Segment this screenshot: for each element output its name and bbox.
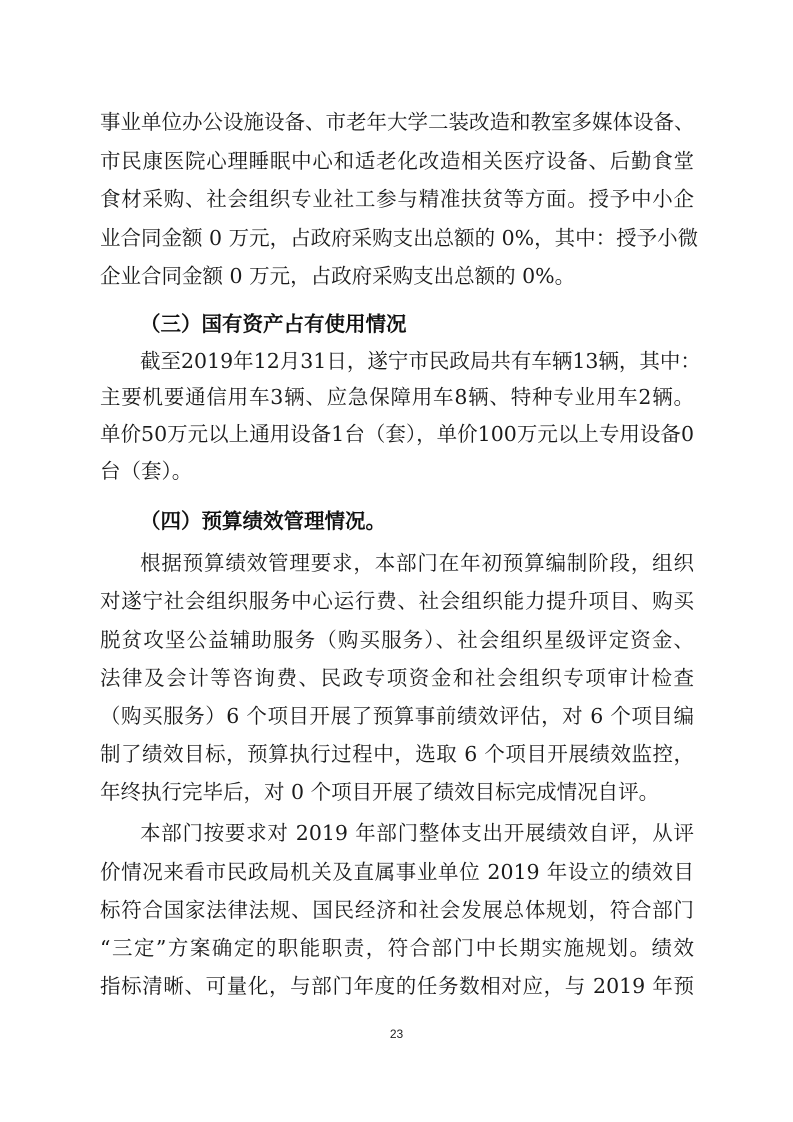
paragraph-line: 指标清晰、可量化，与部门年度的任务数相对应，与 2019 年预 [100, 971, 694, 1001]
paragraph-line: 企业合同金额 0 万元，占政府采购支出总额的 0%。 [100, 261, 694, 291]
paragraph-line: 价情况来看市民政局机关及直属事业单位 2019 年设立的绩效目 [100, 857, 694, 887]
paragraph-line: 事业单位办公设施设备、市老年大学二装改造和教室多媒体设备、 [100, 107, 694, 137]
paragraph-line: 食材采购、社会组织专业社工参与精准扶贫等方面。授予中小企 [100, 184, 694, 214]
paragraph-line: 对遂宁社会组织服务中心运行费、社会组织能力提升项目、购买 [100, 586, 694, 616]
paragraph-line: 本部门按要求对 2019 年部门整体支出开展绩效自评，从评 [140, 818, 694, 848]
paragraph-line: （购买服务）6 个项目开展了预算事前绩效评估，对 6 个项目编 [100, 701, 694, 731]
paragraph-line: 台（套）。 [100, 456, 694, 486]
paragraph-line: 年终执行完毕后，对 0 个项目开展了绩效目标完成情况自评。 [100, 777, 694, 807]
paragraph-line: 截至2019年12月31日，遂宁市民政局共有车辆13辆，其中： [140, 346, 694, 376]
document-page: 事业单位办公设施设备、市老年大学二装改造和教室多媒体设备、 市民康医院心理睡眠中… [0, 0, 793, 1122]
paragraph-line: “三定”方案确定的职能职责，符合部门中长期实施规划。绩效 [100, 933, 694, 963]
section-heading-budget-performance: （四）预算绩效管理情况。 [140, 506, 386, 536]
paragraph-line: 市民康医院心理睡眠中心和适老化改造相关医疗设备、后勤食堂 [100, 146, 694, 176]
paragraph-line: 主要机要通信用车3辆、应急保障用车8辆、特种专业用车2辆。 [100, 382, 694, 412]
paragraph-line: 标符合国家法律法规、国民经济和社会发展总体规划，符合部门 [100, 895, 694, 925]
paragraph-line: 制了绩效目标，预算执行过程中，选取 6 个项目开展绩效监控， [100, 739, 694, 769]
paragraph-line: 单价50万元以上通用设备1台（套），单价100万元以上专用设备0 [100, 419, 694, 449]
paragraph-line: 根据预算绩效管理要求，本部门在年初预算编制阶段，组织 [140, 548, 694, 578]
section-heading-state-assets: （三）国有资产占有使用情况 [140, 309, 407, 339]
page-number: 23 [0, 1027, 793, 1041]
paragraph-line: 业合同金额 0 万元，占政府采购支出总额的 0%，其中：授予小微 [100, 223, 694, 253]
paragraph-line: 脱贫攻坚公益辅助服务（购买服务）、社会组织星级评定资金、 [100, 625, 694, 655]
paragraph-line: 法律及会计等咨询费、民政专项资金和社会组织专项审计检查 [100, 663, 694, 693]
